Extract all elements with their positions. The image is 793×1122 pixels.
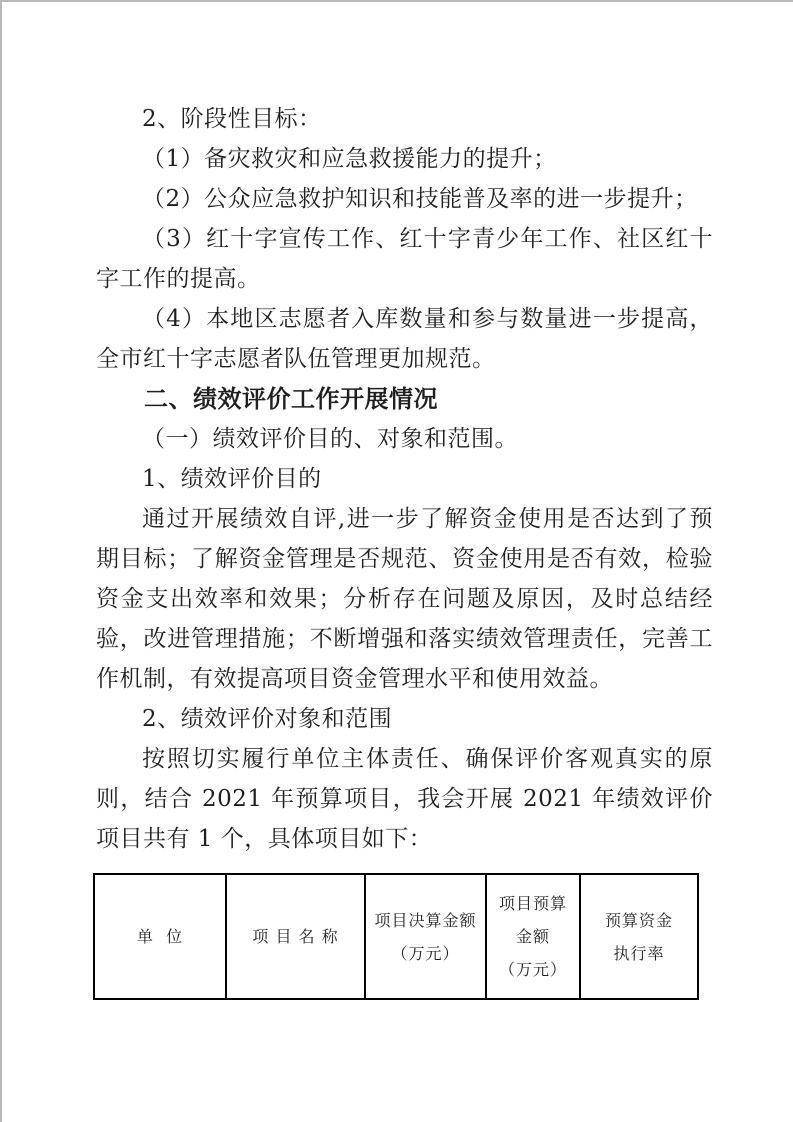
paragraph-item-scope-title: 2、绩效评价对象和范围 <box>96 699 713 739</box>
paragraph-subsection-purpose-scope: （一）绩效评价目的、对象和范围。 <box>96 419 713 459</box>
paragraph-goal-2: （2）公众应急救护知识和技能普及率的进一步提升； <box>96 179 713 219</box>
table-header-budget-amount-line2: 金额 <box>516 920 550 953</box>
table-header-budget-amount: 项目预算 金额 （万元） <box>485 875 579 998</box>
paragraph-evaluation-purpose: 通过开展绩效自评,进一步了解资金使用是否达到了预期目标；了解资金管理是否规范、资… <box>96 499 713 699</box>
table-header-unit-text: 单 位 <box>137 920 183 953</box>
table-header-execution-rate-line2: 执行率 <box>613 937 664 970</box>
project-table: 单 位 项 目 名 称 项目决算金额 （万元） 项目预算 金额 （万元） 预算资… <box>93 873 699 1000</box>
table-header-project-name: 项 目 名 称 <box>225 875 364 998</box>
page-left-edge <box>0 0 2 1122</box>
paragraph-goal-3: （3）红十字宣传工作、红十字青少年工作、社区红十字工作的提高。 <box>96 219 713 299</box>
table-header-final-amount-line2: （万元） <box>391 937 459 970</box>
table-header-execution-rate: 预算资金 执行率 <box>579 875 697 998</box>
table-header-final-amount-line1: 项目决算金额 <box>374 904 476 937</box>
paragraph-goal-4: （4）本地区志愿者入库数量和参与数量进一步提高，全市红十字志愿者队伍管理更加规范… <box>96 299 713 379</box>
document-content: 2、阶段性目标： （1）备灾救灾和应急救援能力的提升； （2）公众应急救护知识和… <box>96 99 713 1000</box>
paragraph-item-purpose-title: 1、绩效评价目的 <box>96 459 713 499</box>
table-header-project-name-text: 项 目 名 称 <box>252 920 338 953</box>
paragraph-goal-1: （1）备灾救灾和应急救援能力的提升； <box>96 139 713 179</box>
table-header-execution-rate-line1: 预算资金 <box>605 904 673 937</box>
table-header-unit: 单 位 <box>95 875 225 998</box>
page-top-edge <box>0 0 793 2</box>
document-page: 2、阶段性目标： （1）备灾救灾和应急救援能力的提升； （2）公众应急救护知识和… <box>0 0 793 1122</box>
table-header-budget-amount-line1: 项目预算 <box>499 887 567 920</box>
table-header-final-amount: 项目决算金额 （万元） <box>364 875 485 998</box>
paragraph-evaluation-scope: 按照切实履行单位主体责任、确保评价客观真实的原则，结合 2021 年预算项目，我… <box>96 739 713 859</box>
table-header-budget-amount-line3: （万元） <box>499 953 567 986</box>
section-heading-performance-evaluation: 二、绩效评价工作开展情况 <box>96 379 713 419</box>
paragraph-stage-goals-label: 2、阶段性目标： <box>96 99 713 139</box>
